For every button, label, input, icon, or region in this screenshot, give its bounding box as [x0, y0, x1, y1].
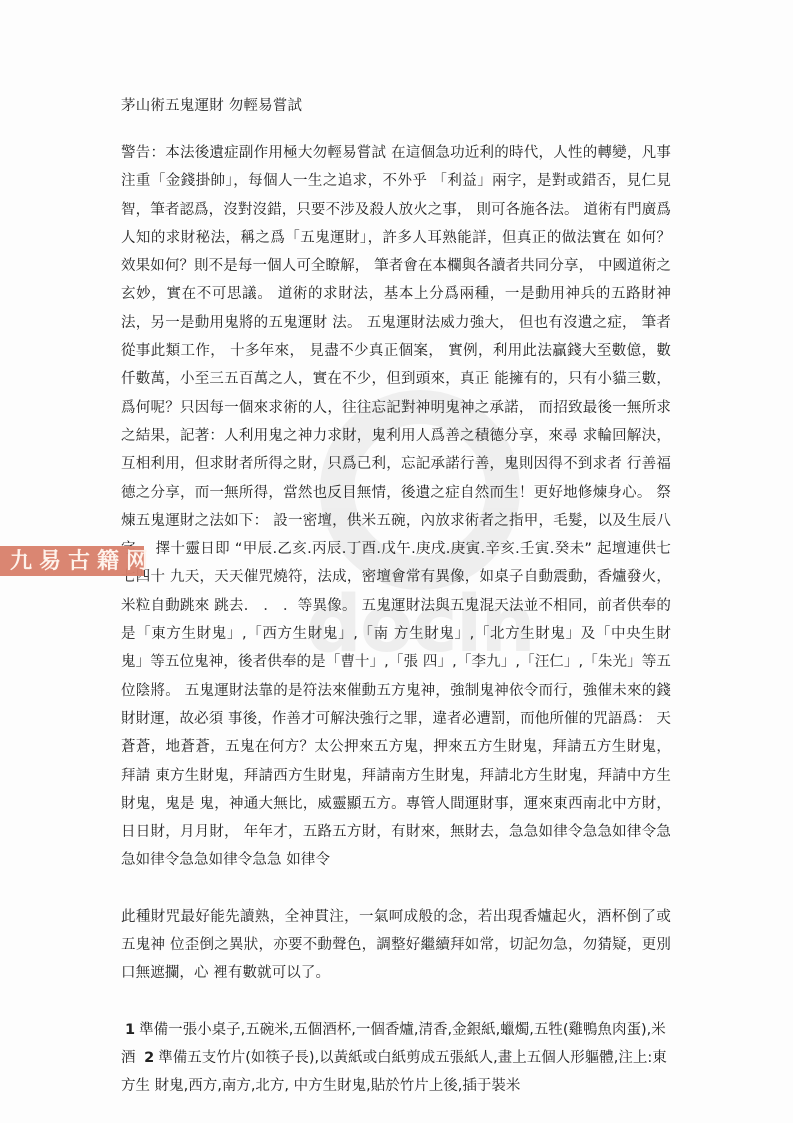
document-body: 茅山術五鬼運財 勿輕易嘗試 警告：本法後遺症副作用極大勿輕易嘗試 在這個急功近利…	[121, 95, 671, 1101]
preparation-steps: 1準備一張小桌子,五碗米,五個酒杯,一個香爐,清香,金銀紙,蠟燭,五牲(雞鴨魚肉…	[121, 1016, 671, 1101]
step-number: 1	[125, 1022, 135, 1038]
step-number: 2	[144, 1050, 154, 1066]
step-text: 準備五支竹片(如筷子長),以黃紙或白紙剪成五張紙人,畫上五個人形軀體,注上:東方…	[121, 1050, 667, 1094]
paragraph-incantation-notes: 此種財咒最好能先讀熟，全神貫注，一氣呵成般的念，若出現香爐起火，酒杯倒了或五鬼神…	[121, 903, 671, 988]
site-stamp-logo: 九易古籍网	[0, 546, 144, 576]
document-page: docin 茅山術五鬼運財 勿輕易嘗試 警告：本法後遺症副作用極大勿輕易嘗試 在…	[0, 0, 793, 1123]
paragraph-warning: 警告：本法後遺症副作用極大勿輕易嘗試 在這個急功近利的時代，人性的轉變，凡事注重…	[121, 139, 671, 875]
document-title: 茅山術五鬼運財 勿輕易嘗試	[121, 95, 671, 117]
